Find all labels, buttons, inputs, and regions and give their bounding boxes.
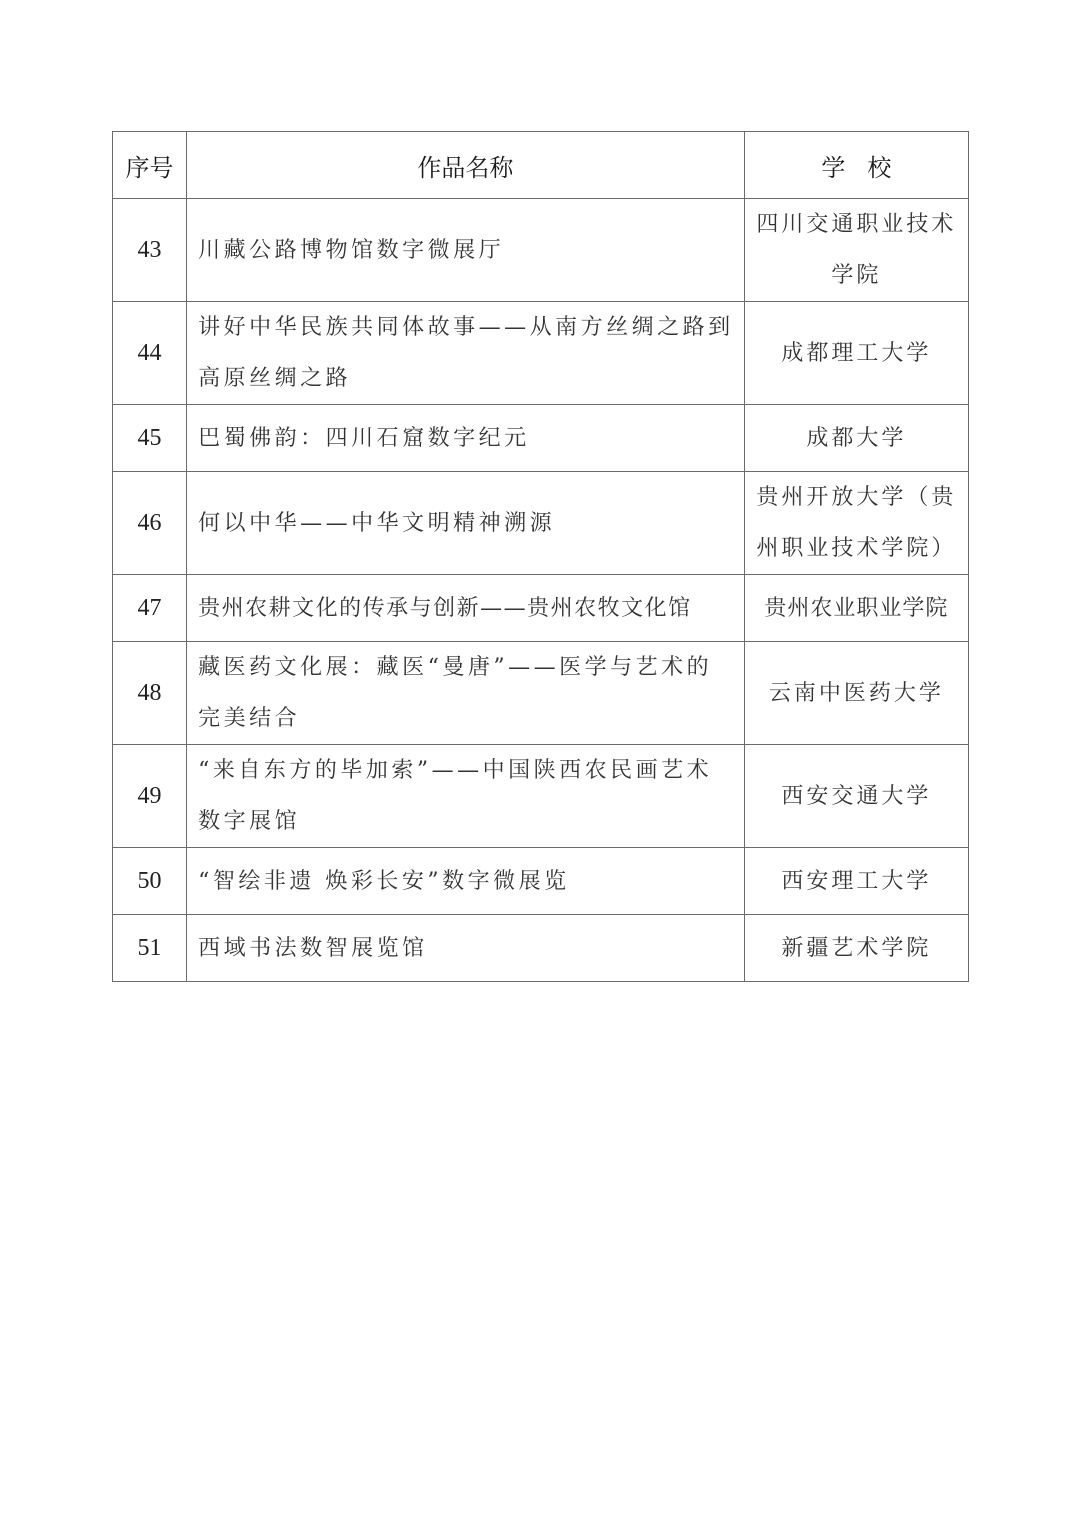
row-school: 西安交通大学 (744, 745, 968, 848)
row-work-name: 西域书法数智展览馆 (187, 915, 745, 982)
row-school: 贵州开放大学（贵州职业技术学院） (744, 472, 968, 575)
row-work-name: 讲好中华民族共同体故事——从南方丝绸之路到高原丝绸之路 (187, 302, 745, 405)
row-school: 云南中医药大学 (744, 642, 968, 745)
row-school: 成都理工大学 (744, 302, 968, 405)
row-work-name: 贵州农耕文化的传承与创新——贵州农牧文化馆 (187, 575, 745, 642)
row-school: 四川交通职业技术学院 (744, 199, 968, 302)
works-table: 序号 作品名称 学校 43 川藏公路博物馆数字微展厅 四川交通职业技术学院 44… (112, 131, 969, 982)
row-school: 成都大学 (744, 405, 968, 472)
row-work-name: 何以中华——中华文明精神溯源 (187, 472, 745, 575)
row-school: 西安理工大学 (744, 848, 968, 915)
table-row: 46 何以中华——中华文明精神溯源 贵州开放大学（贵州职业技术学院） (113, 472, 969, 575)
row-no: 47 (113, 575, 187, 642)
table-row: 45 巴蜀佛韵：四川石窟数字纪元 成都大学 (113, 405, 969, 472)
table-row: 48 藏医药文化展：藏医“曼唐”——医学与艺术的完美结合 云南中医药大学 (113, 642, 969, 745)
table-row: 49 “来自东方的毕加索”——中国陕西农民画艺术数字展馆 西安交通大学 (113, 745, 969, 848)
row-no: 46 (113, 472, 187, 575)
row-work-name: “智绘非遗 焕彩长安”数字微展览 (187, 848, 745, 915)
row-school: 新疆艺术学院 (744, 915, 968, 982)
row-no: 49 (113, 745, 187, 848)
row-no: 45 (113, 405, 187, 472)
header-name: 作品名称 (187, 132, 745, 199)
row-no: 51 (113, 915, 187, 982)
table-row: 44 讲好中华民族共同体故事——从南方丝绸之路到高原丝绸之路 成都理工大学 (113, 302, 969, 405)
table-row: 43 川藏公路博物馆数字微展厅 四川交通职业技术学院 (113, 199, 969, 302)
row-work-name: “来自东方的毕加索”——中国陕西农民画艺术数字展馆 (187, 745, 745, 848)
row-no: 50 (113, 848, 187, 915)
row-school: 贵州农业职业学院 (744, 575, 968, 642)
table-row: 50 “智绘非遗 焕彩长安”数字微展览 西安理工大学 (113, 848, 969, 915)
row-no: 44 (113, 302, 187, 405)
row-work-name: 藏医药文化展：藏医“曼唐”——医学与艺术的完美结合 (187, 642, 745, 745)
header-row: 序号 作品名称 学校 (113, 132, 969, 199)
row-no: 48 (113, 642, 187, 745)
row-work-name: 巴蜀佛韵：四川石窟数字纪元 (187, 405, 745, 472)
header-school: 学校 (744, 132, 968, 199)
header-no: 序号 (113, 132, 187, 199)
table-row: 47 贵州农耕文化的传承与创新——贵州农牧文化馆 贵州农业职业学院 (113, 575, 969, 642)
row-no: 43 (113, 199, 187, 302)
row-work-name: 川藏公路博物馆数字微展厅 (187, 199, 745, 302)
table-row: 51 西域书法数智展览馆 新疆艺术学院 (113, 915, 969, 982)
